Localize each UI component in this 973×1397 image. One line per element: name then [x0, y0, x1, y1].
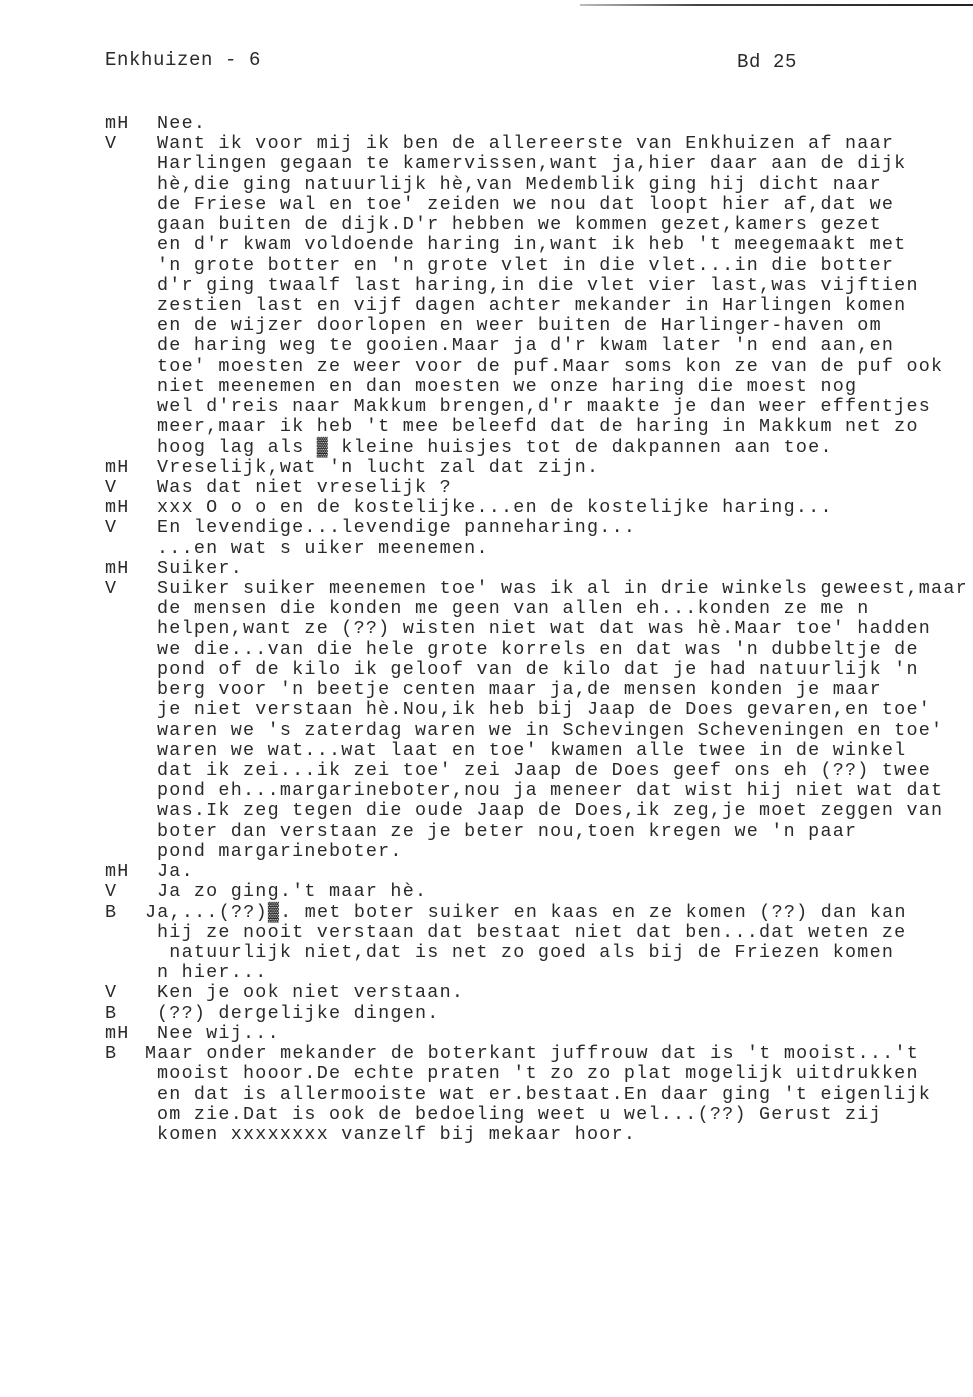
- transcript-line: Suiker.: [157, 559, 973, 579]
- transcript-line: de haring weg te gooien.Maar ja d'r kwam…: [157, 336, 973, 356]
- transcript-line: n hier...: [145, 963, 973, 983]
- transcript-line: Nee wij...: [157, 1024, 973, 1044]
- dialogue-turn: VKen je ook niet verstaan.: [105, 983, 973, 1003]
- transcript-line: Ja zo ging.'t maar hè.: [157, 882, 973, 902]
- dialogue-turn: VJa zo ging.'t maar hè.: [105, 882, 973, 902]
- transcript-line: mooist hooor.De echte praten 't zo zo pl…: [145, 1064, 973, 1084]
- speaker-label: mH: [105, 114, 153, 134]
- transcript-line: en d'r kwam voldoende haring in,want ik …: [157, 235, 973, 255]
- utterance: Ja zo ging.'t maar hè.: [157, 882, 973, 902]
- speaker-label: V: [105, 579, 153, 599]
- transcript-line: waren we 's zaterdag waren we in Schevin…: [157, 721, 973, 741]
- dialogue-turn: mHSuiker.: [105, 559, 973, 579]
- transcript-line: toe' moesten ze weer voor de puf.Maar so…: [157, 357, 973, 377]
- dialogue-turn: mHNee wij...: [105, 1024, 973, 1044]
- transcript-line: en de wijzer doorlopen en weer buiten de…: [157, 316, 973, 336]
- transcript-line: natuurlijk niet,dat is net zo goed als b…: [145, 943, 973, 963]
- transcript-line: gaan buiten de dijk.D'r hebben we kommen…: [157, 215, 973, 235]
- speaker-label: mH: [105, 458, 153, 478]
- scan-edge-line: [580, 4, 973, 6]
- transcript-line: hè,die ging natuurlijk hè,van Medemblik …: [157, 175, 973, 195]
- dialogue-turn: VWas dat niet vreselijk ?: [105, 478, 973, 498]
- transcript-line: de mensen die konden me geen van allen e…: [157, 599, 973, 619]
- transcript-line: pond eh...margarineboter,nou ja meneer d…: [157, 781, 973, 801]
- speaker-label: B: [105, 1044, 153, 1064]
- transcript-line: Nee.: [157, 114, 973, 134]
- speaker-label: mH: [105, 559, 153, 579]
- utterance: (??) dergelijke dingen.: [157, 1004, 973, 1024]
- transcript-line: Want ik voor mij ik ben de allereerste v…: [157, 134, 973, 154]
- transcript-line: de Friese wal en toe' zeiden we nou dat …: [157, 195, 973, 215]
- transcript-line: Maar onder mekander de boterkant juffrou…: [145, 1044, 973, 1064]
- utterance: xxx O o o en de kostelijke...en de koste…: [157, 498, 973, 518]
- dialogue-turn: VSuiker suiker meenemen toe' was ik al i…: [105, 579, 973, 862]
- transcript-line: pond margarineboter.: [157, 842, 973, 862]
- transcript-line: niet meenemen en dan moesten we onze har…: [157, 377, 973, 397]
- dialogue-turn: mHVreselijk,wat 'n lucht zal dat zijn.: [105, 458, 973, 478]
- utterance: Maar onder mekander de boterkant juffrou…: [145, 1044, 973, 1145]
- transcript-line: pond of de kilo ik geloof van de kilo da…: [157, 660, 973, 680]
- utterance: Ja.: [157, 862, 973, 882]
- dialogue-turn: B(??) dergelijke dingen.: [105, 1004, 973, 1024]
- transcript-line: 'n grote botter en 'n grote vlet in die …: [157, 256, 973, 276]
- utterance: Ja,...(??)▓. met boter suiker en kaas en…: [145, 903, 973, 984]
- page-reference: Bd 25: [737, 51, 797, 73]
- speaker-label: B: [105, 903, 153, 923]
- transcript-line: je niet verstaan hè.Nou,ik heb bij Jaap …: [157, 700, 973, 720]
- speaker-label: V: [105, 983, 153, 1003]
- utterance: Nee wij...: [157, 1024, 973, 1044]
- speaker-label: V: [105, 134, 153, 154]
- transcript-line: om zie.Dat is ook de bedoeling weet u we…: [145, 1105, 973, 1125]
- transcript-line: Ken je ook niet verstaan.: [157, 983, 973, 1003]
- transcript-line: dat ik zei...ik zei toe' zei Jaap de Doe…: [157, 761, 973, 781]
- transcript-line: ...en wat s uiker meenemen.: [157, 539, 973, 559]
- utterance: Nee.: [157, 114, 973, 134]
- transcript-line: helpen,want ze (??) wisten niet wat dat …: [157, 619, 973, 639]
- transcript-line: hij ze nooit verstaan dat bestaat niet d…: [145, 923, 973, 943]
- transcript-line: hoog lag als ▓ kleine huisjes tot de dak…: [157, 438, 973, 458]
- transcript-line: komen xxxxxxxx vanzelf bij mekaar hoor.: [145, 1125, 973, 1145]
- transcript-line: meer,maar ik heb 't mee beleefd dat de h…: [157, 417, 973, 437]
- transcript-body: mHNee.VWant ik voor mij ik ben de allere…: [105, 114, 973, 1145]
- transcript-line: (??) dergelijke dingen.: [157, 1004, 973, 1024]
- dialogue-turn: VWant ik voor mij ik ben de allereerste …: [105, 134, 973, 458]
- utterance: En levendige...levendige panneharing....…: [157, 518, 973, 558]
- transcript-line: En levendige...levendige panneharing...: [157, 518, 973, 538]
- transcript-line: Harlingen gegaan te kamervissen,want ja,…: [157, 154, 973, 174]
- utterance: Want ik voor mij ik ben de allereerste v…: [157, 134, 973, 458]
- transcript-line: wel d'reis naar Makkum brengen,d'r maakt…: [157, 397, 973, 417]
- transcript-line: Was dat niet vreselijk ?: [157, 478, 973, 498]
- utterance: Was dat niet vreselijk ?: [157, 478, 973, 498]
- transcript-line: was.Ik zeg tegen die oude Jaap de Does,i…: [157, 801, 973, 821]
- dialogue-turn: BJa,...(??)▓. met boter suiker en kaas e…: [105, 903, 973, 984]
- transcript-line: xxx O o o en de kostelijke...en de koste…: [157, 498, 973, 518]
- transcript-line: waren we wat...wat laat en toe' kwamen a…: [157, 741, 973, 761]
- document-title: Enkhuizen - 6: [105, 49, 261, 71]
- speaker-label: V: [105, 478, 153, 498]
- speaker-label: V: [105, 518, 153, 538]
- transcript-line: Vreselijk,wat 'n lucht zal dat zijn.: [157, 458, 973, 478]
- dialogue-turn: mHxxx O o o en de kostelijke...en de kos…: [105, 498, 973, 518]
- transcript-line: d'r ging twaalf last haring,in die vlet …: [157, 276, 973, 296]
- dialogue-turn: mHJa.: [105, 862, 973, 882]
- utterance: Suiker.: [157, 559, 973, 579]
- utterance: Suiker suiker meenemen toe' was ik al in…: [157, 579, 973, 862]
- transcript-line: Ja,...(??)▓. met boter suiker en kaas en…: [145, 903, 973, 923]
- transcript-line: zestien last en vijf dagen achter mekand…: [157, 296, 973, 316]
- transcript-line: we die...van die hele grote korrels en d…: [157, 640, 973, 660]
- transcript-line: berg voor 'n beetje centen maar ja,de me…: [157, 680, 973, 700]
- transcript-line: en dat is allermooiste wat er.bestaat.En…: [145, 1085, 973, 1105]
- speaker-label: mH: [105, 862, 153, 882]
- speaker-label: V: [105, 882, 153, 902]
- speaker-label: mH: [105, 1024, 153, 1044]
- utterance: Vreselijk,wat 'n lucht zal dat zijn.: [157, 458, 973, 478]
- transcript-line: Ja.: [157, 862, 973, 882]
- speaker-label: mH: [105, 498, 153, 518]
- transcript-line: Suiker suiker meenemen toe' was ik al in…: [157, 579, 973, 599]
- transcript-line: boter dan verstaan ze je beter nou,toen …: [157, 822, 973, 842]
- speaker-label: B: [105, 1004, 153, 1024]
- dialogue-turn: VEn levendige...levendige panneharing...…: [105, 518, 973, 558]
- dialogue-turn: mHNee.: [105, 114, 973, 134]
- dialogue-turn: BMaar onder mekander de boterkant juffro…: [105, 1044, 973, 1145]
- utterance: Ken je ook niet verstaan.: [157, 983, 973, 1003]
